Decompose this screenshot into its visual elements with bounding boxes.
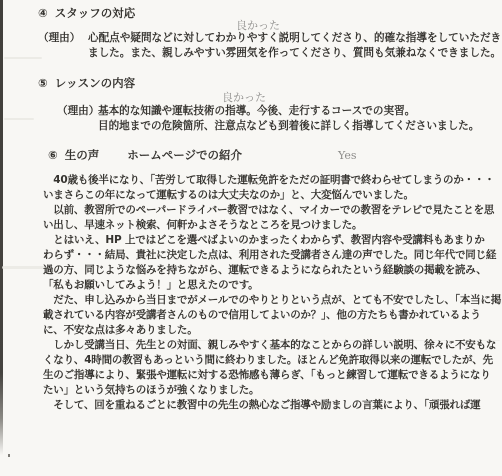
reason-text: 基本的な知識や運転技術の指導。今後、走行するコースでの実習。 目的地までの危険箇… (98, 104, 479, 134)
reason-line: 基本的な知識や運転技術の指導。今後、走行するコースでの実習。 (98, 104, 479, 119)
testimonial-line: そして、回を重ねるごとに教習中の先生の熱心なご指導や励ましの言葉により、「頑張れ… (43, 398, 498, 413)
section-lesson-answer: 良かった (222, 89, 266, 105)
testimonial-line: とはいえ、HP 上ではどこを選べばよいのかまったくわからず、教習内容や受講料もあ… (43, 233, 498, 248)
section-number: ④ (38, 6, 48, 20)
scanned-survey-page: ④スタッフの対応 良かった （理由） 心配点や疑問などに対してわかりやすく説明し… (0, 0, 502, 476)
section-lesson-title: ⑤レッスンの内容 (38, 75, 135, 91)
testimonial-line: い出し、早速ネット検索、何軒かよさそうなところを見つけました。 (43, 218, 498, 233)
reason-text: 心配点や疑問などに対してわかりやすく説明してくださり、的確な指導をしていただき … (88, 31, 501, 61)
scan-streak (2, 266, 48, 269)
section-title-text: レッスンの内容 (55, 76, 135, 90)
section-subtitle: ホームページでの紹介 (127, 148, 242, 162)
section-title-text: 生の声 (65, 148, 100, 162)
testimonial-line: いまさらこの年になって運転するのは大丈夫なのか」と、大変悩んでいました。 (43, 188, 498, 203)
section-number: ⑥ (48, 148, 58, 162)
testimonial-line: 過の方、同じような悩みを持ちながら、運転できるようになられたという経験談の掲載を… (43, 263, 498, 278)
section-lesson-reason: （理由） 基本的な知識や運転技術の指導。今後、走行するコースでの実習。 目的地ま… (57, 104, 479, 134)
scan-streak (4, 118, 34, 120)
reason-line: ました。また、親しみやすい雰囲気を作ってくださり、質問も気兼ねなくできました。 (88, 46, 501, 61)
reason-label: （理由） (38, 31, 88, 61)
testimonial-line: くなり、4時間の教習もあっという間に終わりました。ほとんど免許取得以来の運転でし… (43, 353, 498, 368)
testimonial-line: 以前、教習所でのペーパードライバー教習ではなく、マイカーでの教習をテレビで見たこ… (43, 203, 498, 218)
reason-label: （理由） (57, 104, 98, 134)
reason-line: 目的地までの危険箇所、注意点なども到着後に詳しく指導してくださいました。 (98, 119, 479, 134)
section-staff-reason: （理由） 心配点や疑問などに対してわかりやすく説明してくださり、的確な指導をして… (38, 31, 501, 61)
section-staff-title: ④スタッフの対応 (38, 5, 135, 21)
testimonial-line: に、不安な点は多々ありました。 (43, 323, 498, 338)
section-number: ⑤ (38, 76, 48, 90)
testimonial-line: たい」という気持ちのほうが強くなりました。 (43, 383, 498, 398)
section-voice-answer: Yes (338, 149, 356, 162)
scan-edge-artifact (0, 0, 3, 455)
testimonial-line: 「私もお願いしてみよう！」と思えたのです。 (43, 278, 498, 293)
section-voice-row: ⑥生の声ホームページでの紹介Yes (48, 147, 357, 163)
testimonial-line: わらず・・・結局、貴社に決定した点は、利用された受講者さん達の声でした。同じ年代… (43, 248, 498, 263)
testimonial-line: だた、申し込みから当日までがメールでのやりとりという点が、とても不安でしたし、「… (43, 293, 498, 308)
testimonial-line: 載されている内容が受講者さんのもので信用してよいのか？」、他の方たちも書かれてい… (43, 308, 498, 323)
reason-line: 心配点や疑問などに対してわかりやすく説明してくださり、的確な指導をしていただき (88, 31, 501, 46)
testimonial-line: 生のご指導により、緊張や運転に対する恐怖感も薄らぎ、「もっと練習して運転できるよ… (43, 368, 498, 383)
testimonial-line: しかし受講当日、先生との対面、親しみやすく基本的なことからの詳しい説明、徐々に不… (43, 338, 498, 353)
scan-streak (4, 57, 42, 59)
section-title-text: スタッフの対応 (55, 6, 136, 20)
testimonial-line: 40歳も後半になり、「苦労して取得した運転免許をただの証明書で終わらせてしまうの… (43, 173, 498, 188)
testimonial-text: 40歳も後半になり、「苦労して取得した運転免許をただの証明書で終わらせてしまうの… (43, 173, 498, 413)
scan-speck (8, 454, 10, 457)
